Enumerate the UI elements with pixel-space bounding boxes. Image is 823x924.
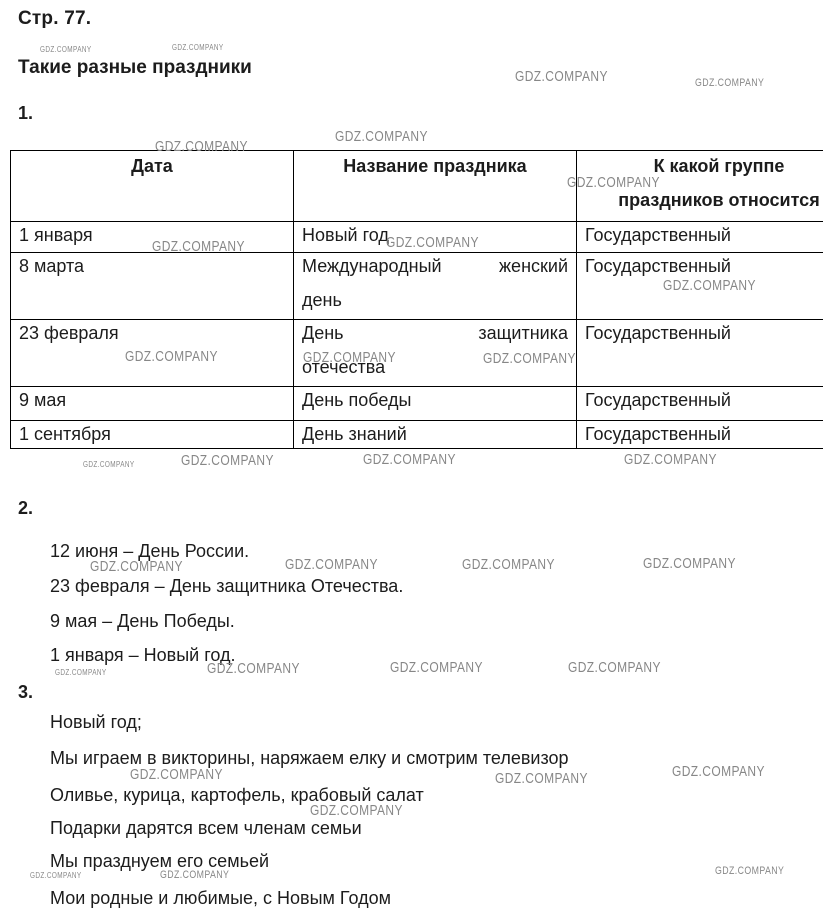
watermark: GDZ.COMPANY	[624, 451, 717, 468]
header-date-label: Дата	[19, 156, 285, 177]
cell-name: Международный женский день	[294, 253, 577, 320]
cell-name-word-2: защитника	[478, 323, 568, 344]
cell-name: День победы	[294, 387, 577, 421]
table-row: 1 сентября День знаний Государственный	[11, 421, 823, 449]
cell-name-word-1: Международный	[302, 256, 442, 277]
answer-line: Мы играем в викторины, наряжаем елку и с…	[50, 748, 569, 769]
table-row: 23 февраля День защитника отечества Госу…	[11, 320, 823, 387]
cell-name-line-2: день	[302, 290, 568, 311]
watermark: GDZ.COMPANY	[55, 668, 107, 677]
answer-line: Новый год;	[50, 712, 142, 733]
watermark: GDZ.COMPANY	[172, 43, 224, 52]
watermark: GDZ.COMPANY	[695, 77, 764, 89]
answer-line: Мы празднуем его семьей	[50, 851, 269, 872]
watermark: GDZ.COMPANY	[181, 452, 274, 469]
watermark: GDZ.COMPANY	[390, 659, 483, 676]
cell-name: День знаний	[294, 421, 577, 449]
header-group-label-line2: праздников относится	[585, 190, 823, 211]
answer-line: Подарки дарятся всем членам семьи	[50, 818, 362, 839]
cell-name-line-2: отечества	[302, 357, 568, 378]
watermark: GDZ.COMPANY	[335, 128, 428, 145]
page-title: Такие разные праздники	[18, 57, 252, 79]
cell-name: Новый год	[294, 222, 577, 253]
answer-line: 9 мая – День Победы.	[50, 611, 235, 632]
holidays-table-header: Дата Название праздника К какой группе п…	[11, 151, 823, 222]
header-cell-date: Дата	[11, 151, 294, 222]
cell-date: 8 марта	[11, 253, 294, 320]
header-row: Дата Название праздника К какой группе п…	[11, 151, 823, 222]
watermark: GDZ.COMPANY	[495, 770, 588, 787]
watermark: GDZ.COMPANY	[672, 763, 765, 780]
cell-group: Государственный	[577, 421, 823, 449]
table-row: 8 марта Международный женский день Госуд…	[11, 253, 823, 320]
cell-name-word-2: женский	[499, 256, 568, 277]
cell-date: 1 января	[11, 222, 294, 253]
page-number-heading: Стр. 77.	[18, 8, 91, 30]
answer-line: 1 января – Новый год.	[50, 645, 236, 666]
cell-name-word-1: День	[302, 323, 344, 344]
section-2-number: 2.	[18, 498, 33, 519]
section-1-number: 1.	[18, 103, 33, 124]
document-page: Стр. 77. Такие разные праздники 1. Дата …	[0, 0, 823, 924]
watermark: GDZ.COMPANY	[363, 451, 456, 468]
answer-line: 23 февраля – День защитника Отечества.	[50, 576, 403, 597]
header-cell-group: К какой группе праздников относится	[577, 151, 823, 222]
watermark: GDZ.COMPANY	[40, 45, 92, 54]
cell-name: День защитника отечества	[294, 320, 577, 387]
section-3-number: 3.	[18, 682, 33, 703]
header-cell-name: Название праздника	[294, 151, 577, 222]
holidays-table: Дата Название праздника К какой группе п…	[10, 150, 823, 449]
watermark: GDZ.COMPANY	[285, 556, 378, 573]
watermark: GDZ.COMPANY	[568, 659, 661, 676]
watermark: GDZ.COMPANY	[83, 460, 135, 469]
watermark: GDZ.COMPANY	[643, 555, 736, 572]
watermark: GDZ.COMPANY	[462, 556, 555, 573]
cell-group: Государственный	[577, 222, 823, 253]
cell-date: 9 мая	[11, 387, 294, 421]
cell-group: Государственный	[577, 320, 823, 387]
table-row: 9 мая День победы Государственный	[11, 387, 823, 421]
cell-group: Государственный	[577, 253, 823, 320]
cell-group: Государственный	[577, 387, 823, 421]
watermark: GDZ.COMPANY	[515, 68, 608, 85]
table-row: 1 января Новый год Государственный	[11, 222, 823, 253]
header-name-label: Название праздника	[302, 156, 568, 177]
cell-date: 23 февраля	[11, 320, 294, 387]
answer-line: Мои родные и любимые, с Новым Годом	[50, 888, 391, 909]
watermark: GDZ.COMPANY	[715, 865, 784, 877]
answer-line: Оливье, курица, картофель, крабовый сала…	[50, 785, 424, 806]
cell-date: 1 сентября	[11, 421, 294, 449]
watermark: GDZ.COMPANY	[30, 871, 82, 880]
answer-line: 12 июня – День России.	[50, 541, 249, 562]
header-group-label-line1: К какой группе	[585, 156, 823, 177]
